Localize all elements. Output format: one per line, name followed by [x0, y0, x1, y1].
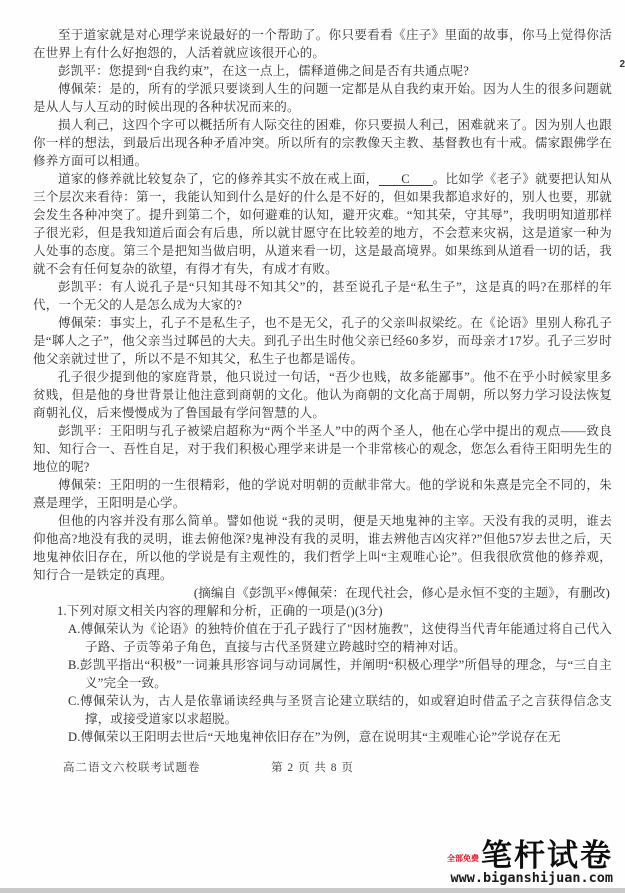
option-text: 彭凯平指出“积极”一词兼具形容词与动词属性，并阐明“积极心理学”所倡导的理念，与… [80, 658, 612, 690]
scan-bottom-edge [0, 888, 625, 893]
body-paragraph: 损人利己，这四个字可以概括所有人际交往的困难，你只要损人利己，困难就来了。因为别… [33, 116, 612, 170]
body-paragraph: 彭凯平：王阳明与孔子被梁启超称为“两个半圣人”中的两个圣人，他在心学中提出的观点… [33, 422, 612, 476]
exam-body-text: 至于道家就是对心理学来说最好的一个帮助了。你只要看看《庄子》里面的故事，你马上觉… [33, 26, 612, 746]
option-text: 傅佩荣认为，古人是依靠诵读经典与圣贤言论建立联结的，如或窘迫时借孟子之言获得信念… [80, 694, 612, 726]
watermark-brand-name: 笔杆试卷 [481, 841, 613, 871]
site-watermark: 全部免费 笔杆试卷 www.biganshijuan.com [447, 841, 613, 885]
fill-in-blank-c: C [379, 173, 433, 186]
option-text: 傅佩荣以王阳明去世后“天地鬼神依旧存在”为例，意在说明其“主观唯心论”学说存在无 [81, 730, 561, 744]
option-text: 傅佩荣认为《论语》的独特价值在于孔子践行了"因材施教"，这使得当代青年能通过将自… [81, 622, 612, 654]
exam-page: 至于道家就是对心理学来说最好的一个帮助了。你只要看看《庄子》里面的故事，你马上觉… [0, 0, 625, 893]
option-label: A. [68, 622, 81, 636]
watermark-free-badge: 全部免费 [447, 853, 479, 864]
paragraph-text-before-blank: 道家的修养就比较复杂了，它的修养其实不放在戒上面， [58, 172, 379, 186]
body-paragraph: 但他的内容并没有那么简单。譬如他说 “我的灵明，便是天地鬼神的主宰。天没有我的灵… [33, 512, 612, 584]
body-paragraph: 孔子很少提到他的家庭背景，他只说过一句话，“吾少也贱，故多能鄙事”。他不在乎小时… [33, 368, 612, 422]
question-1-option-c: C.傅佩荣认为，古人是依靠诵读经典与圣贤言论建立联结的，如或窘迫时借孟子之言获得… [68, 692, 612, 728]
source-attribution: (摘编自《彭凯平×傅佩荣：在现代社会，修心是永恒不变的主题》，有删改) [33, 584, 612, 602]
body-paragraph: 彭凯平：有人说孔子是“只知其母不知其父”的，甚至说孔子是“私生子”，这是真的吗?… [33, 278, 612, 314]
body-paragraph: 至于道家就是对心理学来说最好的一个帮助了。你只要看看《庄子》里面的故事，你马上觉… [33, 26, 612, 62]
watermark-site-url: www.biganshijuan.com [447, 871, 613, 885]
page-footer: 高二语文六校联考试题卷 第 2 页 共 8 页 [0, 759, 625, 775]
question-1-option-d: D.傅佩荣以王阳明去世后“天地鬼神依旧存在”为例，意在说明其“主观唯心论”学说存… [68, 728, 612, 746]
question-1-option-a: A.傅佩荣认为《论语》的独特价值在于孔子践行了"因材施教"，这使得当代青年能通过… [68, 620, 612, 656]
footer-page-indicator: 第 2 页 共 8 页 [0, 759, 625, 775]
edge-page-number: 2 [619, 59, 625, 70]
body-paragraph: 傅佩荣：王阳明的一生很精彩，他的学说对明朝的贡献非常大。他的学说和朱熹是完全不同… [33, 476, 612, 512]
option-label: D. [68, 730, 81, 744]
paragraph-text-after-blank: 。比如学《老子》就要把认知从三个层次来看待：第一，我能认知到什么是好的什么是不好… [33, 172, 612, 276]
body-paragraph: 傅佩荣：是的，所有的学派只要谈到人生的问题一定都是从自我约束开始。因为人生的很多… [33, 80, 612, 116]
body-paragraph-with-blank: 道家的修养就比较复杂了，它的修养其实不放在戒上面，C。比如学《老子》就要把认知从… [33, 170, 612, 278]
question-1-option-b: B.彭凯平指出“积极”一词兼具形容词与动词属性，并阐明“积极心理学”所倡导的理念… [68, 656, 612, 692]
body-paragraph: 傅佩荣：事实上，孔子不是私生子，也不是无父，孔子的父亲叫叔梁纥。在《论语》里别人… [33, 314, 612, 368]
body-paragraph: 彭凯平：您提到“自我约束”，在这一点上，儒释道佛之间是否有共通点呢? [33, 62, 612, 80]
question-1-stem: 1.下列对原文相关内容的理解和分析，正确的一项是()(3分) [57, 602, 612, 620]
option-label: B. [68, 658, 80, 672]
option-label: C. [68, 694, 80, 708]
